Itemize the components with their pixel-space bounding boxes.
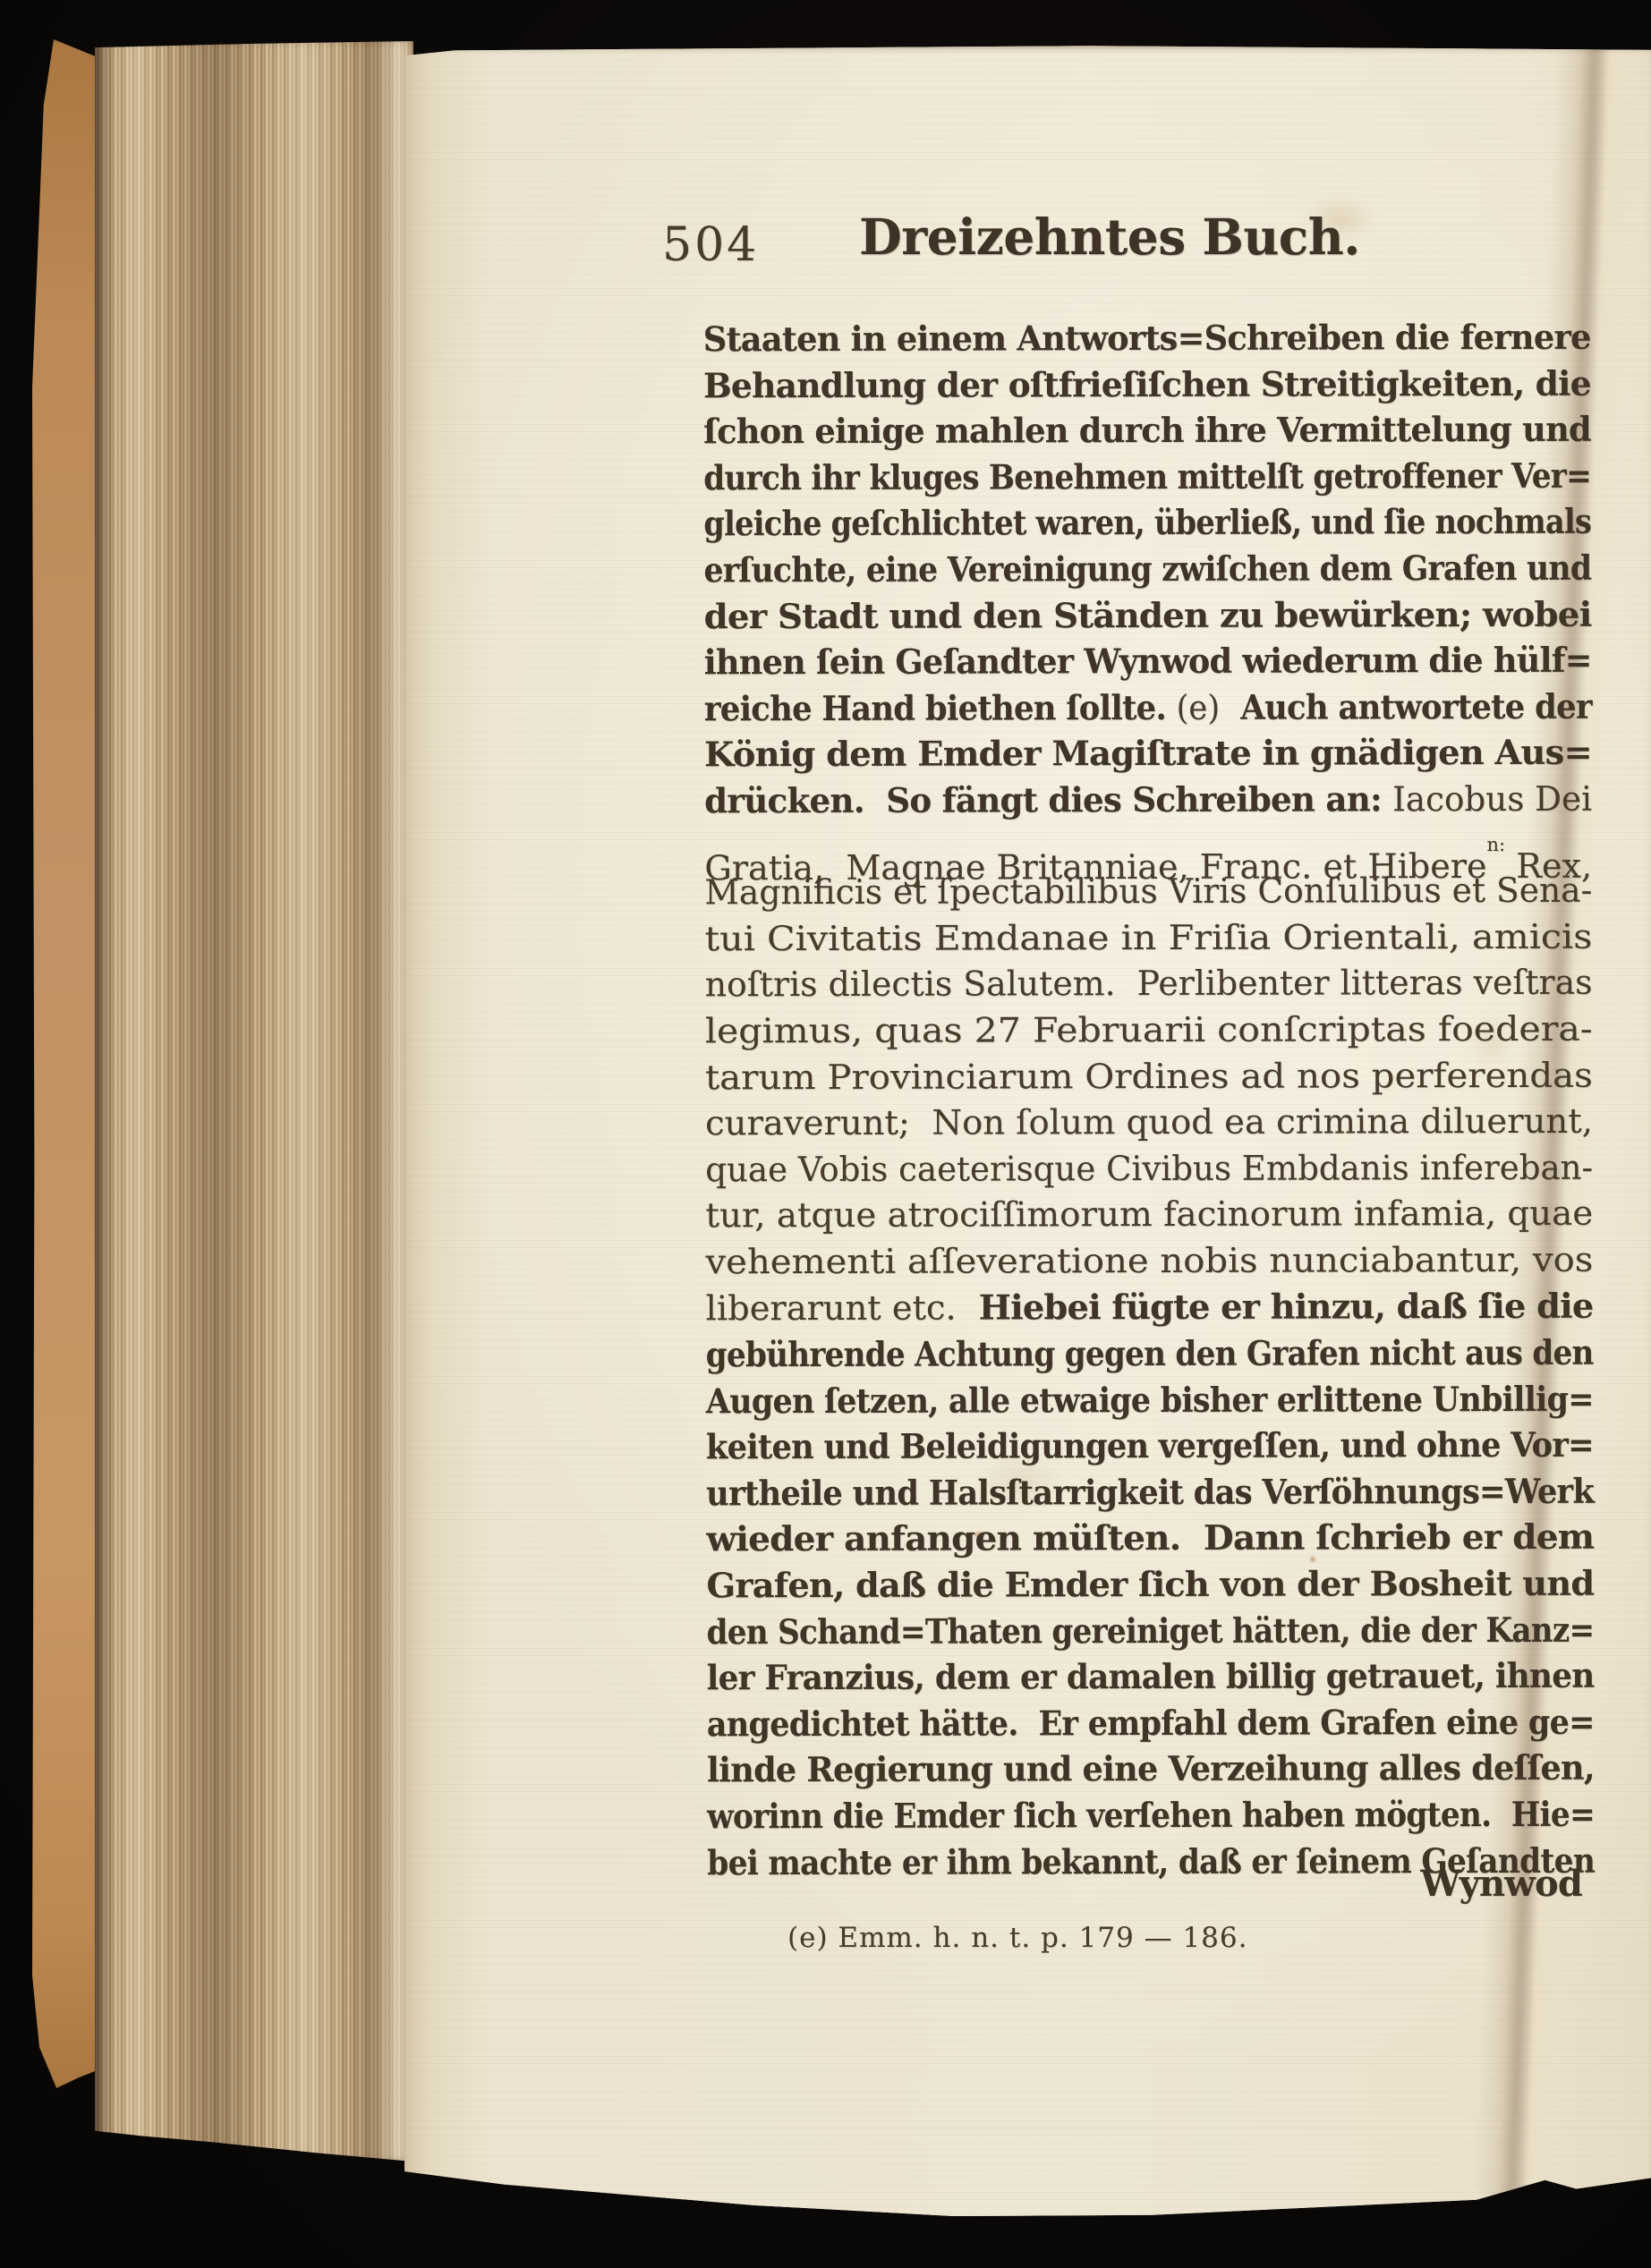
text-block: Staaten in einem Antworts=Schreiben die … [703,314,1596,1886]
text-line: tur, atque atrociſſimorum facinorum infa… [705,1191,1593,1239]
fraktur-segment: drücken. So fängt dies Schreiben an: [704,778,1392,820]
book-scan: 504 Dreizehntes Buch. Staaten in einem A… [0,0,1651,2268]
catchword: Wynwod [1308,1863,1582,1905]
antiqua-segment: tarum Provinciarum Ordines ad nos perfer… [705,1055,1593,1097]
fraktur-segment: gebührende Achtung gegen den Grafen nich… [706,1332,1594,1375]
antiqua-segment: (e) [1177,688,1221,727]
text-line: quae Vobis caeterisque Civibus Embdanis … [705,1144,1593,1193]
fraktur-segment: urtheile und Halsſtarrigkeit das Verſöhn… [706,1471,1594,1514]
text-line: worinn die Emder ſich verſehen haben mög… [707,1791,1595,1839]
text-line: wieder anfangen müſten. Dann ſchrieb er … [706,1514,1594,1562]
fraktur-segment: der Stadt und den Ständen zu bewürken; w… [704,593,1592,636]
fraktur-segment: erſuchte, eine Vereinigung zwiſchen dem … [703,548,1591,590]
text-line: keiten und Beleidigungen vergeſſen, und … [706,1422,1594,1470]
text-line: Grafen, daß die Emder ſich von der Boshe… [706,1560,1594,1609]
text-line: reiche Hand biethen ſollte. (e) Auch ant… [704,683,1592,731]
text-line: curaverunt; Non ſolum quod ea crimina di… [705,1099,1593,1147]
text-line: Augen ſetzen, alle etwaige bisher erlitt… [706,1375,1594,1423]
text-line: drücken. So fängt dies Schreiben an: Iac… [704,776,1592,824]
fraktur-segment: Behandlung der oſtfrieſiſchen Streitigke… [703,362,1591,405]
antiqua-segment: Iacobus Dei [1392,779,1592,820]
book-cover-edge [32,39,104,2088]
book-page: 504 Dreizehntes Buch. Staaten in einem A… [404,45,1651,2226]
text-line: den Schand=Thaten gereiniget hätten, die… [706,1606,1594,1654]
fraktur-segment: angedichtet hätte. Er empfahl dem Grafen… [707,1702,1595,1745]
text-line: ihnen ſein Geſandter Wynwod wiederum die… [704,637,1592,685]
antiqua-segment: vehementi aſſeveratione nobis nunciabant… [705,1240,1593,1282]
fraktur-segment: durch ihr kluges Benehmen mittelſt getro… [703,454,1591,497]
fraktur-segment: ſchon einige mahlen durch ihre Vermittel… [703,409,1591,452]
antiqua-segment: tur, atque atrociſſimorum facinorum infa… [705,1193,1593,1236]
fraktur-segment: reiche Hand biethen ſollte. [704,687,1177,728]
antiqua-segment: quae Vobis caeterisque Civibus Embdanis … [705,1147,1593,1189]
text-line: Staaten in einem Antworts=Schreiben die … [703,314,1591,362]
page-edges-stack [95,41,413,2162]
text-line: noſtris dilectis Salutem. Perlibenter li… [705,960,1593,1008]
text-line: gebührende Achtung gegen den Grafen nich… [706,1329,1594,1378]
fraktur-segment: den Schand=Thaten gereiniget hätten, die… [706,1609,1594,1652]
text-line: liberarunt etc. Hiebei fügte er hinzu, d… [706,1283,1594,1331]
fraktur-segment: König dem Emder Magiſtrate in gnädigen A… [704,732,1592,775]
antiqua-segment: noſtris dilectis Salutem. Perlibenter li… [705,963,1593,1005]
footnote: (e) Emm. h. n. t. p. 179 — 186. [787,1922,1247,1954]
fraktur-segment: worinn die Emder ſich verſehen haben mög… [707,1794,1595,1837]
antiqua-segment: liberarunt etc. [706,1288,957,1329]
text-line: Gratia, Magnae Britanniae, Franc. et Hib… [704,821,1592,870]
fraktur-segment: Hiebei fügte er hinzu, daß ſie die [957,1286,1594,1328]
fraktur-segment: wieder anfangen müſten. Dann ſchrieb er … [706,1516,1594,1559]
text-line: ſchon einige mahlen durch ihre Vermittel… [703,406,1591,454]
fraktur-segment: Auch antwortete der [1220,685,1592,726]
fraktur-segment: Grafen, daß die Emder ſich von der Boshe… [706,1563,1594,1606]
running-header: Dreizehntes Buch. [859,208,1360,266]
text-line: legimus, quas 27 Februarii conſcriptas f… [705,1007,1593,1055]
page-number: 504 [662,218,759,272]
fraktur-segment: linde Regierung und eine Verzeihung alle… [707,1747,1595,1790]
fraktur-segment: ler Franzius, dem er damalen billig getr… [707,1655,1595,1698]
antiqua-segment: curaverunt; Non ſolum quod ea crimina di… [705,1101,1593,1143]
fraktur-segment: Staaten in einem Antworts=Schreiben die … [703,317,1591,360]
text-line: angedichtet hätte. Er empfahl dem Grafen… [707,1699,1595,1747]
text-line: gleiche geſchlichtet waren, überließ, un… [703,498,1591,547]
antiqua-segment: tui Civitatis Emdanae in Friſia Oriental… [704,916,1592,958]
text-line: durch ihr kluges Benehmen mittelſt getro… [703,452,1591,500]
text-line: Magnificis et ſpectabilibus Viris Conſul… [704,868,1592,916]
fraktur-segment: keiten und Beleidigungen vergeſſen, und … [706,1424,1594,1467]
text-line: ler Franzius, dem er damalen billig getr… [707,1652,1595,1701]
text-line: Behandlung der oſtfrieſiſchen Streitigke… [703,360,1591,408]
antiqua-segment: legimus, quas 27 Februarii conſcriptas f… [705,1009,1593,1051]
text-line: urtheile und Halsſtarrigkeit das Verſöhn… [706,1468,1594,1516]
text-line: tui Civitatis Emdanae in Friſia Oriental… [704,913,1592,962]
text-line: tarum Provinciarum Ordines ad nos perfer… [705,1052,1593,1100]
fraktur-segment: gleiche geſchlichtet waren, überließ, un… [703,501,1591,544]
text-line: linde Regierung und eine Verzeihung alle… [707,1745,1595,1793]
fraktur-segment: ihnen ſein Geſandter Wynwod wiederum die… [704,640,1592,683]
text-line: vehementi aſſeveratione nobis nunciabant… [705,1237,1593,1286]
text-line: König dem Emder Magiſtrate in gnädigen A… [704,729,1592,777]
fraktur-segment: Augen ſetzen, alle etwaige bisher erlitt… [706,1378,1594,1421]
superscript-segment: n: [1486,833,1505,854]
text-line: der Stadt und den Ständen zu bewürken; w… [704,590,1592,639]
antiqua-segment: Magnificis et ſpectabilibus Viris Conſul… [704,871,1592,913]
text-line: erſuchte, eine Vereinigung zwiſchen dem … [703,545,1591,593]
